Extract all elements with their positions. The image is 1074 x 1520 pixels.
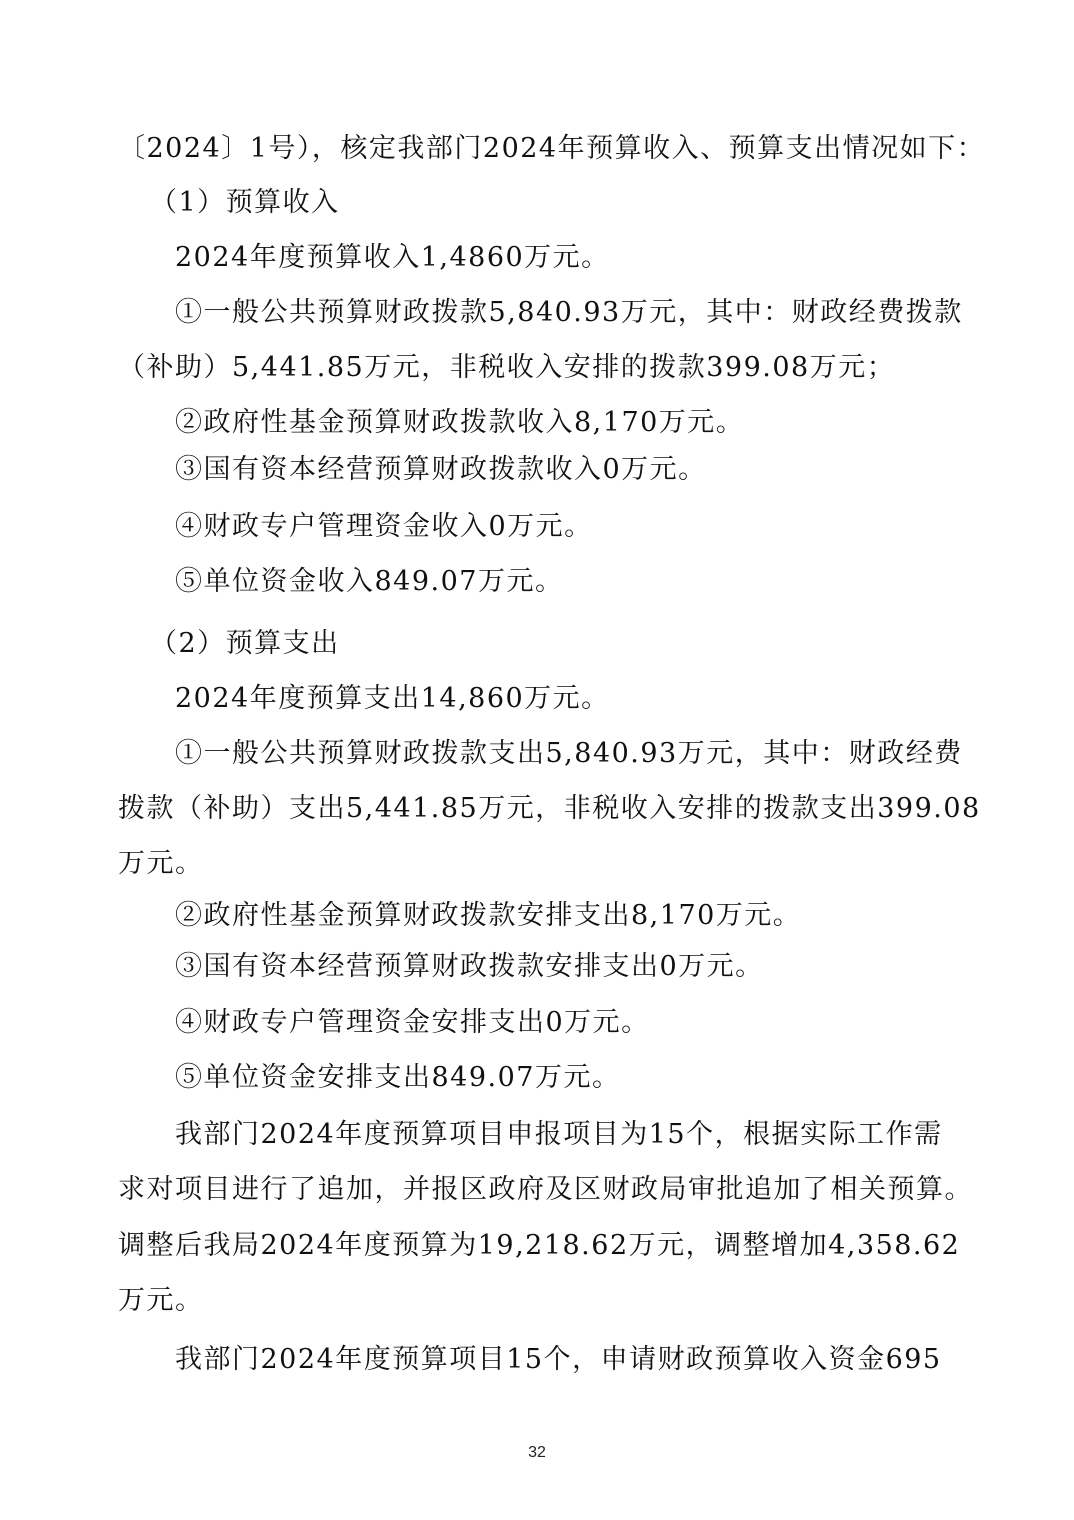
- text-line-expenditure-item-2: ②政府性基金预算财政拨款安排支出8,170万元。: [175, 899, 801, 933]
- text-line-income-item-1-cont: （补助）5,441.85万元，非税收入安排的拨款399.08万元；: [118, 351, 895, 385]
- text-line-income-item-5: ⑤单位资金收入849.07万元。: [175, 565, 563, 599]
- text-line-project-paragraph: 我部门2024年度预算项目申报项目为15个，根据实际工作需: [175, 1118, 943, 1152]
- text-line-approval-intro: 〔2024〕1号），核定我部门2024年预算收入、预算支出情况如下：: [118, 132, 985, 166]
- text-line-adjusted-budget: 调整后我局2024年度预算为19,218.62万元，调整增加4,358.62: [118, 1229, 960, 1263]
- text-line-project-funding: 我部门2024年度预算项目15个，申请财政预算收入资金695: [175, 1343, 942, 1377]
- text-line-expenditure-total: 2024年度预算支出14,860万元。: [175, 682, 610, 716]
- text-line-income-total: 2024年度预算收入1,4860万元。: [175, 241, 610, 275]
- text-line-income-item-2: ②政府性基金预算财政拨款收入8,170万元。: [175, 406, 744, 440]
- text-line-income-item-4: ④财政专户管理资金收入0万元。: [175, 510, 593, 544]
- text-line-expenditure-item-3: ③国有资本经营预算财政拨款安排支出0万元。: [175, 950, 764, 984]
- text-line-expenditure-item-1-cont: 拨款（补助）支出5,441.85万元，非税收入安排的拨款支出399.08: [118, 792, 981, 826]
- section-heading-budget-expenditure: （2）预算支出: [150, 627, 340, 661]
- text-line-project-paragraph-cont: 求对项目进行了追加，并报区政府及区财政局审批追加了相关预算。: [118, 1173, 973, 1207]
- text-line-expenditure-item-5: ⑤单位资金安排支出849.07万元。: [175, 1061, 620, 1095]
- text-line-expenditure-item-4: ④财政专户管理资金安排支出0万元。: [175, 1006, 650, 1040]
- page-number: 32: [0, 1443, 1074, 1463]
- text-line-income-item-3: ③国有资本经营预算财政拨款收入0万元。: [175, 453, 707, 487]
- text-line-income-item-1: ①一般公共预算财政拨款5,840.93万元，其中：财政经费拨款: [175, 296, 963, 330]
- text-line-expenditure-item-1-end: 万元。: [118, 847, 204, 881]
- text-line-adjusted-budget-end: 万元。: [118, 1284, 204, 1318]
- section-heading-budget-income: （1）预算收入: [150, 186, 340, 220]
- document-page: 〔2024〕1号），核定我部门2024年预算收入、预算支出情况如下： （1）预算…: [0, 0, 1074, 1520]
- text-line-expenditure-item-1: ①一般公共预算财政拨款支出5,840.93万元，其中：财政经费: [175, 737, 963, 771]
